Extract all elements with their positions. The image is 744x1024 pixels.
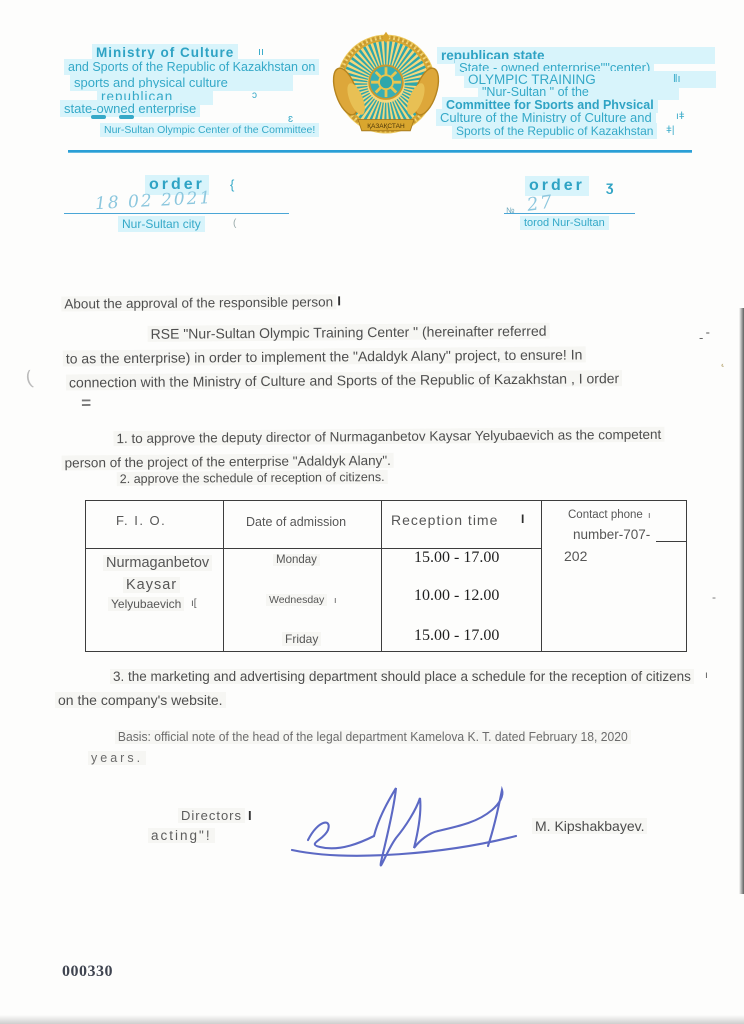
table-header-phone-mark: ı [648,510,651,520]
table-vline-2 [381,501,382,651]
reception-schedule-table: F. I. O. Date of admission Reception tim… [85,500,687,652]
order-city-left-mark: ( [233,218,236,229]
basis-line2: years. [88,751,146,765]
handwritten-signature [278,782,533,882]
signature-role-mark: I [248,808,252,823]
margin-dash-mark-2: - [712,590,716,604]
item2-line: 2. approve the schedule of reception of … [117,470,388,486]
paragraph1-line1: RSE "Nur-Sultan Olympic Training Center … [148,323,550,342]
order-city-left: Nur-Sultan city [118,216,205,232]
table-cell-day-monday: Monday [273,554,320,566]
header-right-line7-mark: ǂ| [666,125,674,136]
item3-mark: ı [705,670,708,681]
margin-tick-mark: ˛ [721,352,725,367]
table-cell-person-line2: Kaysar [123,577,180,593]
header-left-line4-mark: ɔ [252,90,257,101]
margin-curve-mark: ( [24,368,35,391]
order-number-line [504,213,635,214]
kazakhstan-emblem: ҚАЗАҚСТАН [330,28,442,147]
item3-line2: on the company's website. [55,692,226,708]
table-cell-person-line3: Yelyubaevich [108,597,184,611]
margin-dash-mark-1: - [699,330,703,345]
header-right-line7: Sports of the Republic of Kazakhstan [452,123,657,139]
order-city-right: torod Nur-Sultan [520,216,609,230]
order-date-line [64,213,289,214]
paragraph1-dash-mark: - [706,324,710,339]
table-cell-day-wednesday: Wednesday [266,594,327,606]
order-title-left-mark: { [230,177,234,192]
signature-role-line1: Directors [178,808,245,823]
signature-role-line2: acting"! [148,828,215,843]
item1-line2: person of the project of the enterprise … [62,453,394,471]
scanned-order-document: Ministry of Culture ıı and Sports of the… [0,0,744,1024]
subject-mark: I [337,293,341,308]
table-header-phone-line2: number-707- [573,527,650,542]
table-vline-3 [541,501,542,651]
table-cell-time-monday: 15.00 - 17.00 [414,549,499,567]
paragraph1-line3: connection with the Ministry of Culture … [66,370,622,390]
item1-line1: 1. to approve the deputy director of Nur… [113,427,664,446]
table-header-line-col4 [656,541,686,542]
emblem-country-label: ҚАЗАҚСТАН [367,123,405,130]
teal-dash-1 [91,115,106,119]
signature-name: M. Kipshakbayev. [532,818,647,834]
table-cell-phone-value: 202 [564,548,587,564]
table-header-date: Date of admission [246,515,346,529]
header-left-line1-mark: ıı [258,46,264,58]
header-separator-line [68,150,692,153]
basis-line1: Basis: official note of the head of the … [115,730,631,744]
table-cell-time-wednesday: 10.00 - 12.00 [414,587,499,605]
header-right-line6-mark: ıǂ [676,111,685,122]
table-vline-1 [223,501,224,651]
subject-line: About the approval of the responsible pe… [61,294,336,311]
item3-line1: 3. the marketing and advertising departm… [110,669,694,684]
table-header-time: Reception time [391,512,498,528]
teal-dash-2 [119,115,134,119]
header-left-line2: and Sports of the Republic of Kazakhstan… [64,59,319,75]
scan-edge-bottom [0,1015,744,1024]
kazakhstan-emblem-icon: ҚАЗАҚСТАН [330,28,442,142]
scan-edge-right [739,308,744,894]
order-date-handwritten: 18 02 2021 [95,188,213,214]
order-title-right-mark: ʒ [606,178,613,194]
table-cell-day-wednesday-mark: ı [334,595,337,605]
table-header-phone-line1: Contact phone [568,509,643,521]
table-header-time-mark: I [521,512,524,526]
table-cell-person-mark: ı[ [191,598,197,609]
table-header-fio: F. I. O. [116,513,166,528]
header-left-line6: Nur-Sultan Olympic Center of the Committ… [100,123,319,137]
stamp-number: 000330 [62,963,113,981]
table-cell-time-friday: 15.00 - 17.00 [414,627,499,645]
equals-mark: = [81,393,92,413]
table-cell-day-friday: Friday [282,632,321,646]
paragraph1-line2: to as the enterprise) in order to implem… [63,346,586,366]
table-cell-person-line1: Nurmaganbetov [103,555,212,571]
